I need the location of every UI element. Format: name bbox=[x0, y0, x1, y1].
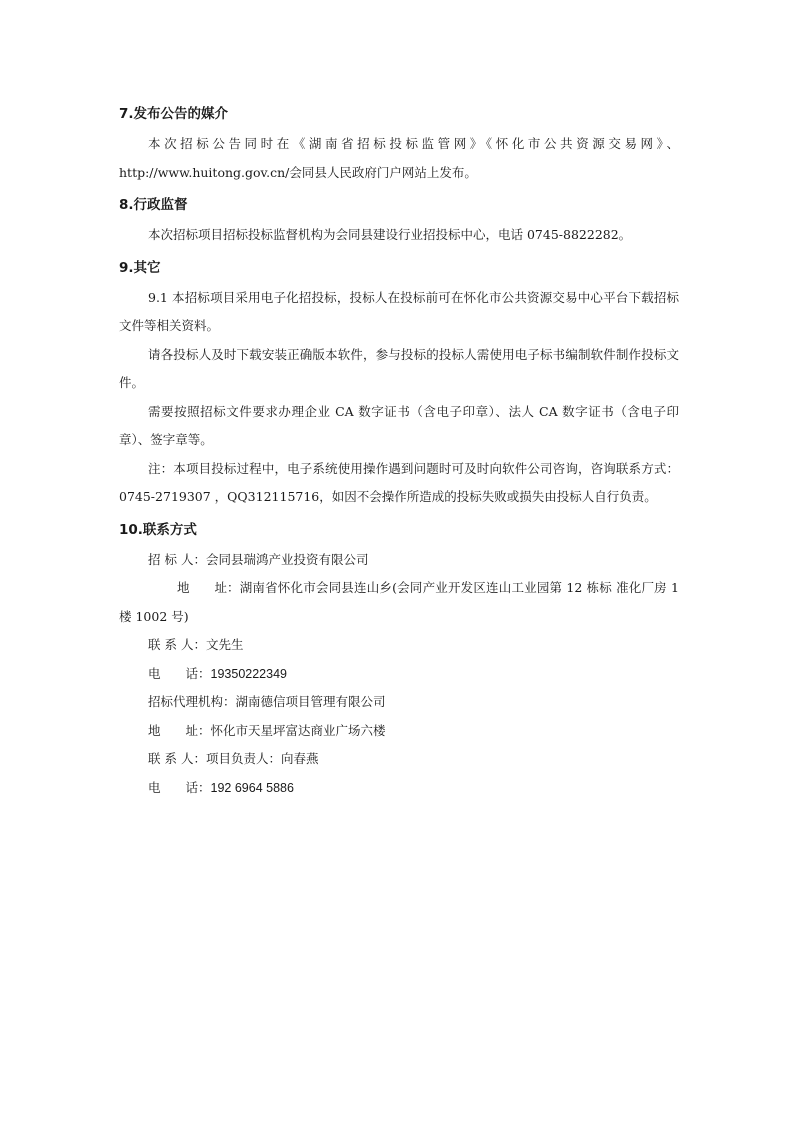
contact-tenderer-phone: 电 话：19350222349 bbox=[119, 660, 679, 689]
contact-tenderer-address: 地 址：湖南省怀化市会同县连山乡(会同产业开发区连山工业园第 12 栋标 准化厂… bbox=[119, 574, 679, 631]
contact-agency-phone: 电 话：192 6964 5886 bbox=[119, 774, 679, 803]
paragraph-ca-certificate: 需要按照招标文件要求办理企业 CA 数字证书（含电子印章）、法人 CA 数字证书… bbox=[119, 398, 679, 455]
contact-label: 招标代理机构： bbox=[148, 688, 236, 717]
section-heading-supervision: 8.行政监督 bbox=[119, 195, 679, 215]
contact-agency-person: 联 系 人：项目负责人：向春燕 bbox=[119, 745, 679, 774]
contact-label: 电 话： bbox=[148, 660, 211, 689]
contact-tenderer-person: 联 系 人：文先生 bbox=[119, 631, 679, 660]
contact-value: 怀化市天星坪富达商业广场六楼 bbox=[211, 723, 386, 738]
contact-label: 联 系 人： bbox=[148, 631, 206, 660]
paragraph-supervision: 本次招标项目招标投标监督机构为会同县建设行业招投标中心，电话 0745-8822… bbox=[119, 221, 679, 250]
paragraph-electronic-bidding: 9.1 本招标项目采用电子化招投标，投标人在投标前可在怀化市公共资源交易中心平台… bbox=[119, 284, 679, 341]
contact-value: 会同县瑞鸿产业投资有限公司 bbox=[206, 552, 369, 567]
contact-value: 192 6964 5886 bbox=[211, 781, 294, 795]
contact-value: 19350222349 bbox=[211, 667, 287, 681]
contact-label: 电 话： bbox=[148, 774, 211, 803]
contact-tenderer: 招 标 人：会同县瑞鸿产业投资有限公司 bbox=[119, 546, 679, 575]
contact-agency: 招标代理机构：湖南德信项目管理有限公司 bbox=[119, 688, 679, 717]
contact-label: 联 系 人： bbox=[148, 745, 206, 774]
contact-value: 文先生 bbox=[206, 637, 244, 652]
contact-label: 招 标 人： bbox=[148, 546, 206, 575]
contact-value: 项目负责人：向春燕 bbox=[206, 751, 319, 766]
contact-value: 湖南德信项目管理有限公司 bbox=[236, 694, 386, 709]
contact-agency-address: 地 址：怀化市天星坪富达商业广场六楼 bbox=[119, 717, 679, 746]
section-heading-other: 9.其它 bbox=[119, 258, 679, 278]
paragraph-publication-media: 本次招标公告同时在《湖南省招标投标监管网》《怀化市公共资源交易网》、http:/… bbox=[119, 130, 679, 187]
document-page: 7.发布公告的媒介 本次招标公告同时在《湖南省招标投标监管网》《怀化市公共资源交… bbox=[119, 104, 679, 802]
contact-label: 地 址： bbox=[148, 574, 240, 603]
contact-label: 地 址： bbox=[148, 717, 211, 746]
paragraph-note-support: 注：本项目投标过程中，电子系统使用操作遇到问题时可及时向软件公司咨询，咨询联系方… bbox=[119, 455, 679, 512]
section-heading-media: 7.发布公告的媒介 bbox=[119, 104, 679, 124]
paragraph-software-install: 请各投标人及时下载安装正确版本软件，参与投标的投标人需使用电子标书编制软件制作投… bbox=[119, 341, 679, 398]
section-heading-contact: 10.联系方式 bbox=[119, 520, 679, 540]
